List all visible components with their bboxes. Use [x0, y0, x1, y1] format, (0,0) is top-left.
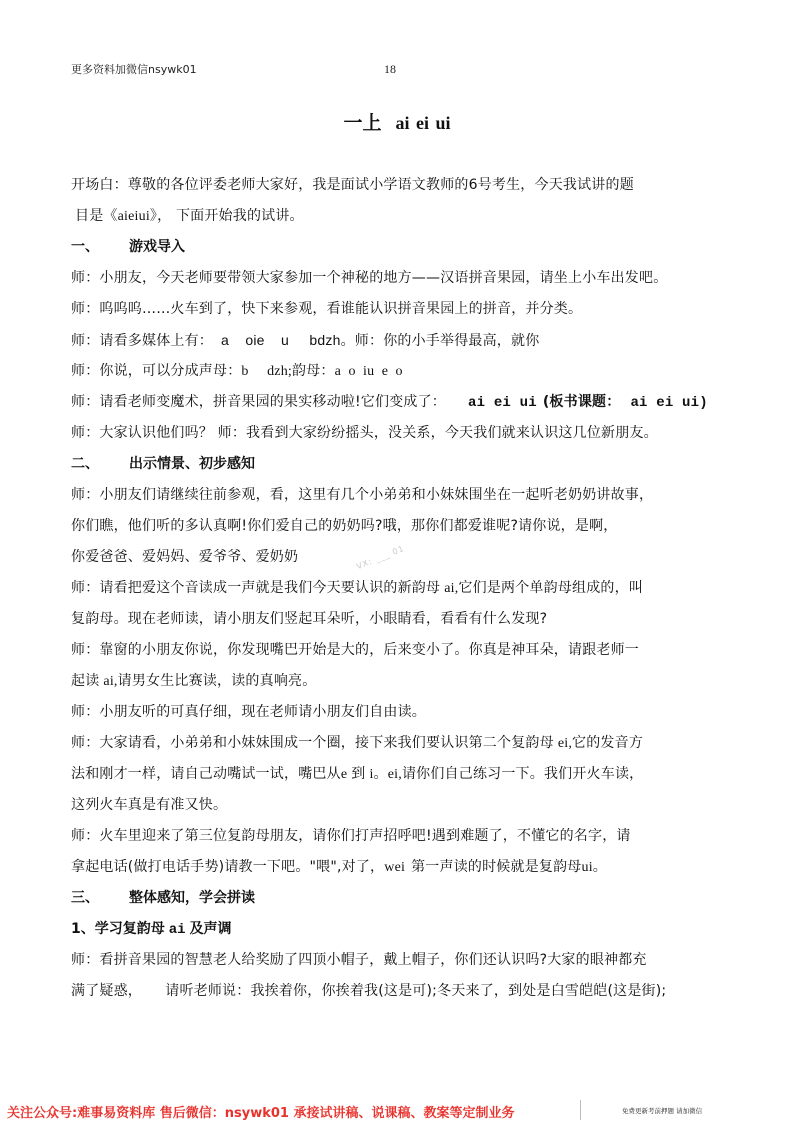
- board-title-label: (板书课题：: [543, 394, 621, 410]
- paragraph-line: 目是《aieiui》， 下面开始我的试讲。: [71, 201, 731, 232]
- text: 及声调: [190, 921, 232, 937]
- page-header-left: 更多资料加微信nsywk01: [71, 61, 197, 77]
- paragraph-line: 师：大家认识他们吗？ 师：我看到大家纷纷摇头，没关系，今天我们就来认识这几位新朋…: [71, 418, 731, 449]
- paragraph-line: 师：小朋友，今天老师要带领大家参加一个神秘的地方——汉语拼音果园，请坐上小车出发…: [71, 263, 731, 294]
- text: 。: [593, 859, 607, 875]
- section-title: 出示情景、初步感知: [129, 456, 255, 472]
- footer-note: 免费更新考前押题 请加微信: [622, 1106, 702, 1115]
- text: 拿起电话(做打电话手势)请教一下吧。"喂",对了，: [71, 859, 384, 875]
- paragraph-line: 起读ai,请男女生比赛读，读的真响亮。: [71, 666, 731, 697]
- text: 法和刚才一样，请自己动嘴试一试，嘴巴从: [71, 766, 341, 782]
- pinyin-text: ei,: [558, 736, 572, 751]
- section-title: 游戏导入: [129, 239, 185, 255]
- paragraph-line: 师：大家请看，小弟弟和小妹妹围成一个圈，接下来我们要认识第二个复韵母ei,它的发…: [71, 728, 731, 759]
- text: 它们是两个单韵母组成的，叫: [458, 580, 643, 596]
- section-number: 一、: [71, 232, 129, 263]
- title-grade: 一上: [343, 112, 381, 134]
- text: 师：大家请看，小弟弟和小妹妹围成一个圈，接下来我们要认识第二个复韵母: [71, 735, 554, 751]
- title-topic: ai ei ui: [396, 113, 451, 133]
- paragraph-line: 你们瞧，他们听的多认真啊!你们爱自己的奶奶吗?哦，那你们都爱谁呢?请你说，是啊，: [71, 511, 731, 542]
- section-number: 三、: [71, 883, 129, 914]
- pinyin-text: aieiui: [118, 209, 150, 224]
- text: 起读: [71, 673, 99, 689]
- pinyin-text: ei,: [388, 767, 402, 782]
- pinyin-text: b dzh;: [241, 364, 292, 379]
- section-heading: 一、游戏导入: [71, 232, 731, 263]
- footer-promo: 关注公众号:难事易资料库 售后微信：nsywk01 承接试讲稿、说课稿、教案等定…: [7, 1102, 514, 1121]
- paragraph-line: 法和刚才一样，请自己动嘴试一试，嘴巴从e到i。ei,请你们自己练习一下。我们开火…: [71, 759, 731, 790]
- paragraph-line: 师：靠窗的小朋友你说，你发现嘴巴开始是大的，后来变小了。你真是神耳朵，请跟老师一: [71, 635, 731, 666]
- paragraph-line: 复韵母。现在老师读，请小朋友们竖起耳朵听，小眼睛看，看看有什么发现?: [71, 604, 731, 635]
- text: 目是《: [75, 208, 118, 224]
- pinyin-text: wei: [384, 860, 405, 875]
- paragraph-line: 师：呜呜呜……火车到了，快下来参观，看谁能认识拼音果园上的拼音，并分类。: [71, 294, 731, 325]
- paragraph-line: 师：请看老师变魔术，拼音果园的果实移动啦!它们变成了：ai ei ui(板书课题…: [71, 387, 731, 418]
- page-title: 一上ai ei ui: [0, 108, 794, 135]
- pinyin-text: ai,: [103, 674, 117, 689]
- pinyin-text: ui: [582, 860, 593, 875]
- text: 请男女生比赛读，读的真响亮。: [118, 673, 317, 689]
- text: 师：请看多媒体上有：: [71, 333, 213, 349]
- text: 请你们自己练习一下。我们开火车读，: [402, 766, 643, 782]
- paragraph-line: 这列火车真是有准又快。: [71, 790, 731, 821]
- paragraph-line: 师：火车里迎来了第三位复韵母朋友，请你们打声招呼吧!遇到难题了，不懂它的名字，请: [71, 821, 731, 852]
- pinyin-text: a o iu e o: [335, 364, 403, 379]
- section-heading: 三、整体感知，学会拼读: [71, 883, 731, 914]
- paragraph-line: 师：小朋友们请继续往前参观，看，这里有几个小弟弟和小妹妹围坐在一起听老奶奶讲故事…: [71, 480, 731, 511]
- paragraph-line: 师：小朋友听的可真仔细，现在老师请小朋友们自由读。: [71, 697, 731, 728]
- paragraph-line: 师：请看把爱这个音读成一声就是我们今天要认识的新韵母ai,它们是两个单韵母组成的…: [71, 573, 731, 604]
- page-number: 18: [384, 62, 396, 77]
- paragraph-line: 拿起电话(做打电话手势)请教一下吧。"喂",对了，wei第一声读的时候就是复韵母…: [71, 852, 731, 883]
- text: 师：请看把爱这个音读成一声就是我们今天要认识的新韵母: [71, 580, 440, 596]
- text: 1、学习复韵母: [71, 921, 165, 937]
- pinyin-text: ai ei ui: [468, 395, 537, 411]
- section-heading: 二、出示情景、初步感知: [71, 449, 731, 480]
- pinyin-text: ai: [169, 922, 186, 938]
- pinyin-text: a oie u bdzh: [221, 332, 341, 348]
- paragraph-line: 师：看拼音果园的智慧老人给奖励了四顶小帽子，戴上帽子，你们还认识吗?大家的眼神都…: [71, 945, 731, 976]
- text: 韵母：: [292, 363, 335, 379]
- footer-divider: [580, 1100, 581, 1120]
- section-title: 整体感知，学会拼读: [129, 890, 255, 906]
- pinyin-text: ai,: [444, 581, 458, 596]
- subsection-heading: 1、学习复韵母ai及声调: [71, 914, 731, 945]
- text: 。师：你的小手举得最高，就你: [341, 333, 540, 349]
- paragraph-line: 师：你说，可以分成声母：b dzh;韵母：a o iu e o: [71, 356, 731, 387]
- text: 它的发音方: [572, 735, 643, 751]
- text: 》， 下面开始我的试讲。: [150, 208, 304, 224]
- text: 第一声读的时候就是复韵母: [411, 859, 581, 875]
- paragraph-line: 满了疑惑， 请听老师说：我挨着你，你挨着我(这是可);冬天来了，到处是白雪皑皑(…: [71, 976, 731, 1007]
- pinyin-text: e: [341, 767, 347, 782]
- text: 。: [374, 766, 388, 782]
- section-number: 二、: [71, 449, 129, 480]
- text: 师：你说，可以分成声母：: [71, 363, 241, 379]
- paragraph-line: 师：请看多媒体上有：a oie u bdzh。师：你的小手举得最高，就你: [71, 325, 731, 356]
- pinyin-text: ai ei ui): [630, 395, 707, 411]
- page-footer: 关注公众号:难事易资料库 售后微信：nsywk01 承接试讲稿、说课稿、教案等定…: [0, 1100, 794, 1122]
- text: 师：请看老师变魔术，拼音果园的果实移动啦!它们变成了：: [71, 394, 446, 410]
- document-body: 开场白：尊敬的各位评委老师大家好，我是面试小学语文教师的6号考生，今天我试讲的题…: [71, 170, 731, 1007]
- paragraph-line: 开场白：尊敬的各位评委老师大家好，我是面试小学语文教师的6号考生，今天我试讲的题: [71, 170, 731, 201]
- text: 到: [351, 766, 365, 782]
